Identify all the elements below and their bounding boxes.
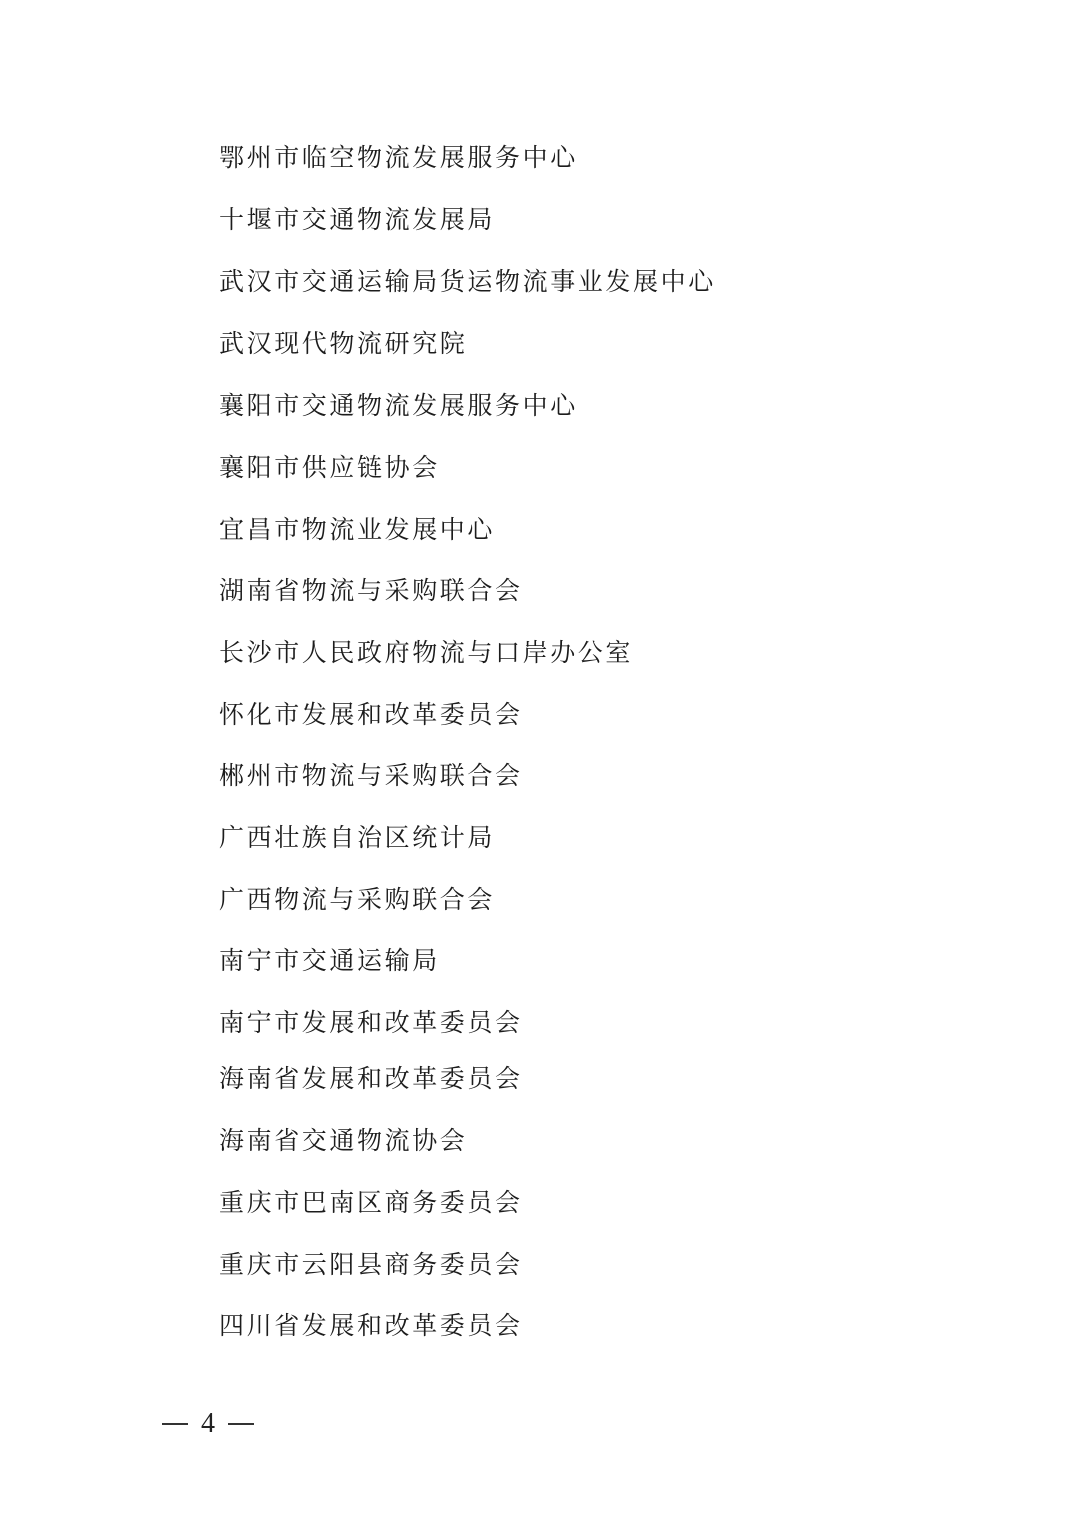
- list-item: 重庆市巴南区商务委员会: [219, 1187, 523, 1219]
- right-dash-decoration: [228, 1423, 254, 1425]
- list-item: 重庆市云阳县商务委员会: [219, 1249, 523, 1281]
- list-item: 襄阳市交通物流发展服务中心: [219, 390, 578, 422]
- list-item: 武汉现代物流研究院: [219, 328, 467, 360]
- document-page: 鄂州市临空物流发展服务中心 十堰市交通物流发展局 武汉市交通运输局货运物流事业发…: [0, 0, 1080, 1528]
- list-item: 长沙市人民政府物流与口岸办公室: [219, 637, 633, 669]
- list-item: 四川省发展和改革委员会: [219, 1310, 523, 1342]
- list-item: 广西壮族自治区统计局: [219, 822, 495, 854]
- list-item: 郴州市物流与采购联合会: [219, 760, 523, 792]
- left-dash-decoration: [162, 1423, 188, 1425]
- list-item: 海南省发展和改革委员会: [219, 1063, 523, 1095]
- list-item: 广西物流与采购联合会: [219, 884, 495, 916]
- list-item: 湖南省物流与采购联合会: [219, 575, 523, 607]
- list-item: 鄂州市临空物流发展服务中心: [219, 142, 578, 174]
- list-item: 南宁市发展和改革委员会: [219, 1007, 523, 1039]
- list-item: 怀化市发展和改革委员会: [219, 699, 523, 731]
- page-number: 4: [201, 1407, 215, 1441]
- list-item: 十堰市交通物流发展局: [219, 204, 495, 236]
- list-item: 宜昌市物流业发展中心: [219, 514, 495, 546]
- page-footer: 4: [162, 1407, 254, 1441]
- list-item: 南宁市交通运输局: [219, 945, 440, 977]
- list-item: 襄阳市供应链协会: [219, 452, 440, 484]
- list-item: 海南省交通物流协会: [219, 1125, 467, 1157]
- list-item: 武汉市交通运输局货运物流事业发展中心: [219, 266, 716, 298]
